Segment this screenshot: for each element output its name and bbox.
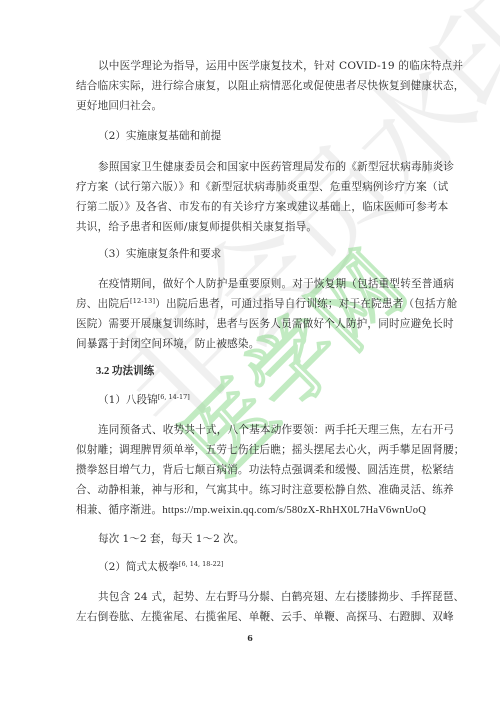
paragraph-line: 房、出院后[12-13]）出院后患者，可通过指导自行训练；对于在院患者（包括方舱: [76, 297, 426, 311]
subsection-title: 3.2 功法训练: [96, 365, 154, 379]
paragraph-line: 参照国家卫生健康委员会和国家中医药管理局发布的《新型冠状病毒肺炎诊: [98, 160, 426, 174]
paragraph-line: 疗方案（试行第六版）》和《新型冠状病毒肺炎重型、危重型病例诊疗方案（试: [76, 180, 426, 194]
paragraph-line: 间暴露于封闭空间环境，防止被感染。: [76, 337, 426, 351]
paragraph-line: 连同预备式、收势共十式，八个基本动作要领：两手托天理三焦，左右开弓: [98, 423, 426, 437]
paragraph-line: 行第二版）》及各省、市发布的有关诊疗方案或建议基础上，临床医师可参考本: [76, 200, 426, 214]
citation: [6, 14, 18-22]: [179, 560, 223, 568]
paragraph-line: 共识，给予患者和医师/康复师提供相关康复指导。: [76, 220, 426, 234]
frequency-text: 每次 1～2 套，每天 1～2 次。: [98, 532, 244, 546]
paragraph-line: 似射雕；调理脾胃须单举，五劳七伤往后瞧；摇头摆尾去心火，两手攀足固肾腰；: [76, 443, 426, 457]
paragraph-line: 在疫情期间，做好个人防护是重要原则。对于恢复期（包括重型转至普通病: [98, 277, 426, 291]
item-heading: （2）简式太极拳[6, 14, 18-22]: [98, 560, 223, 574]
citation: [12-13]: [130, 297, 155, 305]
green-watermark: 医学网: [150, 219, 430, 499]
section-heading: （3）实施康复条件和要求: [98, 247, 221, 261]
paragraph-line: 相兼、循序渐进。https://mp.weixin.qq.com/s/580zX…: [76, 503, 426, 518]
citation: [6, 14-17]: [158, 393, 190, 401]
text-fragment: 相兼、循序渐进。: [76, 504, 162, 516]
paragraph-line: 攒拳怒目增气力，背后七颠百病消。功法特点强调柔和缓慢、圆活连贯，松紧结: [76, 463, 426, 477]
text-fragment: ）出院后患者，可通过指导自行训练；对于在院患者（包括方舱: [155, 298, 457, 310]
paragraph-line: 合、动静相兼，神与形和，气寓其中。练习时注意要松静自然、准确灵活、练养: [76, 483, 426, 497]
page-number: 6: [0, 633, 500, 643]
text-fragment: 房、出院后: [76, 298, 130, 310]
paragraph-line: 左右倒卷肱、左揽雀尾、右揽雀尾、单鞭、云手、单鞭、高探马、右蹬脚、双峰: [76, 610, 426, 624]
paragraph-line: 更好地回归社会。: [76, 99, 426, 113]
paragraph-line: 结合临床实际，进行综合康复，以阻止病情恶化或促使患者尽快恢复到健康状态，: [76, 79, 426, 93]
paragraph-line: 医院）需要开展康复训练时，患者与医务人员需做好个人防护，同时应避免长时: [76, 317, 426, 331]
item-heading-text: （1）八段锦: [98, 394, 158, 406]
item-heading: （1）八段锦[6, 14-17]: [98, 393, 190, 407]
section-heading: （2）实施康复基础和前提: [98, 129, 221, 143]
video-link[interactable]: https://mp.weixin.qq.com/s/580zX-RhHX0L7…: [162, 505, 426, 516]
paragraph-line: 以中医学理论为指导，运用中医学康复技术，针对 COVID-19 的临床特点并: [98, 59, 426, 73]
item-heading-text: （2）简式太极拳: [98, 561, 179, 573]
document-page: 非会员水印 医学网 以中医学理论为指导，运用中医学康复技术，针对 COVID-1…: [0, 0, 500, 707]
paragraph-line: 共包含 24 式，起势、左右野马分鬃、白鹤亮翅、左右搂膝拗步、手挥琵琶、: [98, 590, 426, 604]
